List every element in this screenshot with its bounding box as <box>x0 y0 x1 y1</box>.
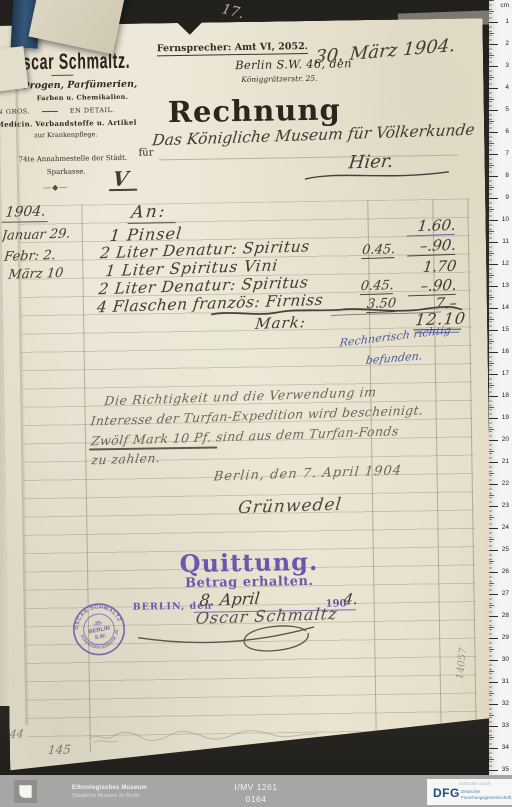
ruler-number: 12 <box>502 260 509 267</box>
ruler-number: 34 <box>502 744 509 751</box>
ruler-cm-tick <box>489 220 498 221</box>
ruler-cm-tick <box>489 550 498 551</box>
ledger-opening: An: <box>130 202 167 223</box>
ledger-row-amount: 1.70 <box>407 257 457 277</box>
dfg-logo: DFG <box>433 786 460 800</box>
ruler-cm-tick <box>489 770 498 771</box>
ruler-number: 27 <box>502 590 509 597</box>
business-line2: Farben u. Chemikalien. <box>37 93 129 102</box>
business-line4: zur Krankenpflege. <box>34 130 97 139</box>
phone-line: Fernsprecher: Amt VI, 2052. <box>157 41 308 56</box>
stamp-center-line3: S.W. <box>94 633 107 641</box>
street-line: Königgrätzerstr. 25. <box>241 74 317 84</box>
certification-signature: Grünwedel <box>237 495 343 518</box>
ruler-cm-tick <box>489 462 498 463</box>
ruler-cm-tick <box>489 374 498 375</box>
ruler-cm-tick <box>489 352 498 353</box>
recipient-printed-line <box>159 155 459 161</box>
business-line1: Drogen, Parfümerien, <box>21 79 137 92</box>
funding-org-name: Deutsche Forschungsgemeinschaft <box>461 789 509 800</box>
illegible-pencil-scribble <box>88 723 320 749</box>
ruler-cm-tick <box>489 44 498 45</box>
certification-line: zu zahlen. <box>91 450 162 467</box>
ruler-number: 18 <box>502 392 509 399</box>
ledger-row-unit-price: 0.45. <box>361 242 396 259</box>
ruler-cm-tick <box>489 176 498 177</box>
ruler-cm-tick <box>489 308 498 309</box>
ruler-cm-tick <box>489 66 498 67</box>
back-sheet-pencil-note: 17. <box>220 1 245 22</box>
business-line6: Sparkasse. <box>47 167 86 176</box>
en-detail-label: EN DETAIL. <box>70 106 115 115</box>
paper-corner-fragment <box>0 46 28 92</box>
ruler-cm-tick <box>489 660 498 661</box>
ruler-half-cm-ticks <box>489 0 494 772</box>
ruler-cm-tick <box>489 506 498 507</box>
dfg-funding-box: Gefördert durch DFG Deutsche Forschungsg… <box>427 779 512 805</box>
ruler-cm-tick <box>489 616 498 617</box>
ruler-cm-tick <box>489 110 498 111</box>
ruler-number: 21 <box>502 458 509 465</box>
ruler-cm-tick <box>489 286 498 287</box>
ruler-number: 7 <box>505 150 509 157</box>
ruler-cm-tick <box>489 154 498 155</box>
total-label: Mark: <box>254 313 307 333</box>
ruler-cm-tick <box>489 572 498 573</box>
ruler-cm-tick <box>489 264 498 265</box>
invoice-date-handwritten: 30. März 1904. <box>314 35 456 68</box>
ruler-cm-tick <box>489 704 498 705</box>
ledger-row-date: Januar 29. <box>1 227 71 244</box>
ruler-number: 13 <box>502 282 509 289</box>
ruler-cm-tick <box>489 396 498 397</box>
ruler-cm-tick <box>489 594 498 595</box>
section-mark: V <box>112 167 130 192</box>
ledger-row-unit-price: 0.45. <box>360 278 395 295</box>
ruler-cm-tick <box>489 748 498 749</box>
ruler-number: 4 <box>505 84 509 91</box>
section-mark-underline <box>109 189 137 191</box>
ruler-number: 32 <box>502 700 509 707</box>
ruler-cm-tick <box>489 88 498 89</box>
pencil-number: 145 <box>47 742 71 757</box>
ruler-number: 25 <box>502 546 509 553</box>
ruler-number: 35 <box>502 766 509 773</box>
ruler-number: 26 <box>502 568 509 575</box>
ruler-number: 22 <box>502 480 509 487</box>
ruler-number: 29 <box>502 634 509 641</box>
funding-label: Gefördert durch <box>459 781 491 786</box>
ruler-number: 5 <box>505 106 509 113</box>
digitization-footer: Ethnologisches Museum Staatliche Museen … <box>0 775 512 807</box>
ledger-row-amount: 1.60. <box>407 216 457 237</box>
ruler-number: 20 <box>502 436 509 443</box>
en-divider <box>42 111 58 112</box>
ruler-number: 3 <box>505 62 509 69</box>
measurement-ruler: cm 1234567891011121314151617181920212223… <box>489 0 512 775</box>
ruler-cm-tick <box>489 22 498 23</box>
ruler-cm-tick <box>489 198 498 199</box>
ledger-row-date: Febr: 2. <box>3 248 56 265</box>
ruler-unit-label: cm <box>500 2 509 9</box>
ruler-number: 8 <box>505 172 509 179</box>
company-stamp: OSCAR SCHMALTZ KÖNIGGRÄTZERSTR. 25. -25-… <box>67 598 130 661</box>
scan-scene: 17. Oscar Schmaltz. Drogen, Parfümerien,… <box>0 0 512 807</box>
ruler-number: 24 <box>502 524 509 531</box>
ruler-number: 6 <box>505 128 509 135</box>
ruler-cm-tick <box>489 330 498 331</box>
ruler-number: 14 <box>502 304 509 311</box>
ruler-cm-tick <box>489 418 498 419</box>
ruler-cm-tick <box>489 638 498 639</box>
business-line3: Medicin. Verbandstoffe u. Artikel <box>0 118 137 129</box>
business-line5: 74te Annahmestelle der Städt. <box>19 154 128 164</box>
ruler-cm-tick <box>489 528 498 529</box>
ruler-number: 10 <box>502 216 509 223</box>
ruler-number: 33 <box>502 722 509 729</box>
ruler-number: 11 <box>502 238 509 245</box>
ruler-cm-tick <box>489 440 498 441</box>
ledger-row-amount: –.90. <box>407 236 457 257</box>
document-title: Rechnung <box>168 92 341 129</box>
ruler-cm-tick <box>489 484 498 485</box>
ledger-row-date: März 10 <box>8 266 65 283</box>
receipt-year-handwritten: 4. <box>343 590 359 609</box>
en-gros-label: EN GROS. <box>0 107 30 116</box>
signature-flourish <box>136 621 317 658</box>
ornament-icon: —◆— <box>43 183 68 192</box>
ruler-number: 19 <box>502 414 509 421</box>
ruler-cm-tick <box>489 242 498 243</box>
ruler-cm-tick <box>489 132 498 133</box>
ruler-number: 28 <box>502 612 509 619</box>
ruler-number: 2 <box>505 40 509 47</box>
ruler-number: 16 <box>502 348 509 355</box>
pencil-number-left: 44 <box>9 727 24 740</box>
ruler-number: 15 <box>502 326 509 333</box>
ruler-number: 1 <box>505 18 509 25</box>
ledger-year: 1904. <box>5 203 47 220</box>
ruler-cm-tick <box>489 682 498 683</box>
ruler-number: 17 <box>502 370 509 377</box>
invoice-sheet: Oscar Schmaltz. Drogen, Parfümerien, Far… <box>0 18 494 772</box>
company-underline <box>51 75 73 76</box>
ruler-cm-tick <box>489 726 498 727</box>
ruler-number: 30 <box>502 656 509 663</box>
ruler-number: 23 <box>502 502 509 509</box>
ruler-number: 31 <box>502 678 509 685</box>
recipient-place-flourish <box>303 167 453 183</box>
ruler-number: 9 <box>505 194 509 201</box>
